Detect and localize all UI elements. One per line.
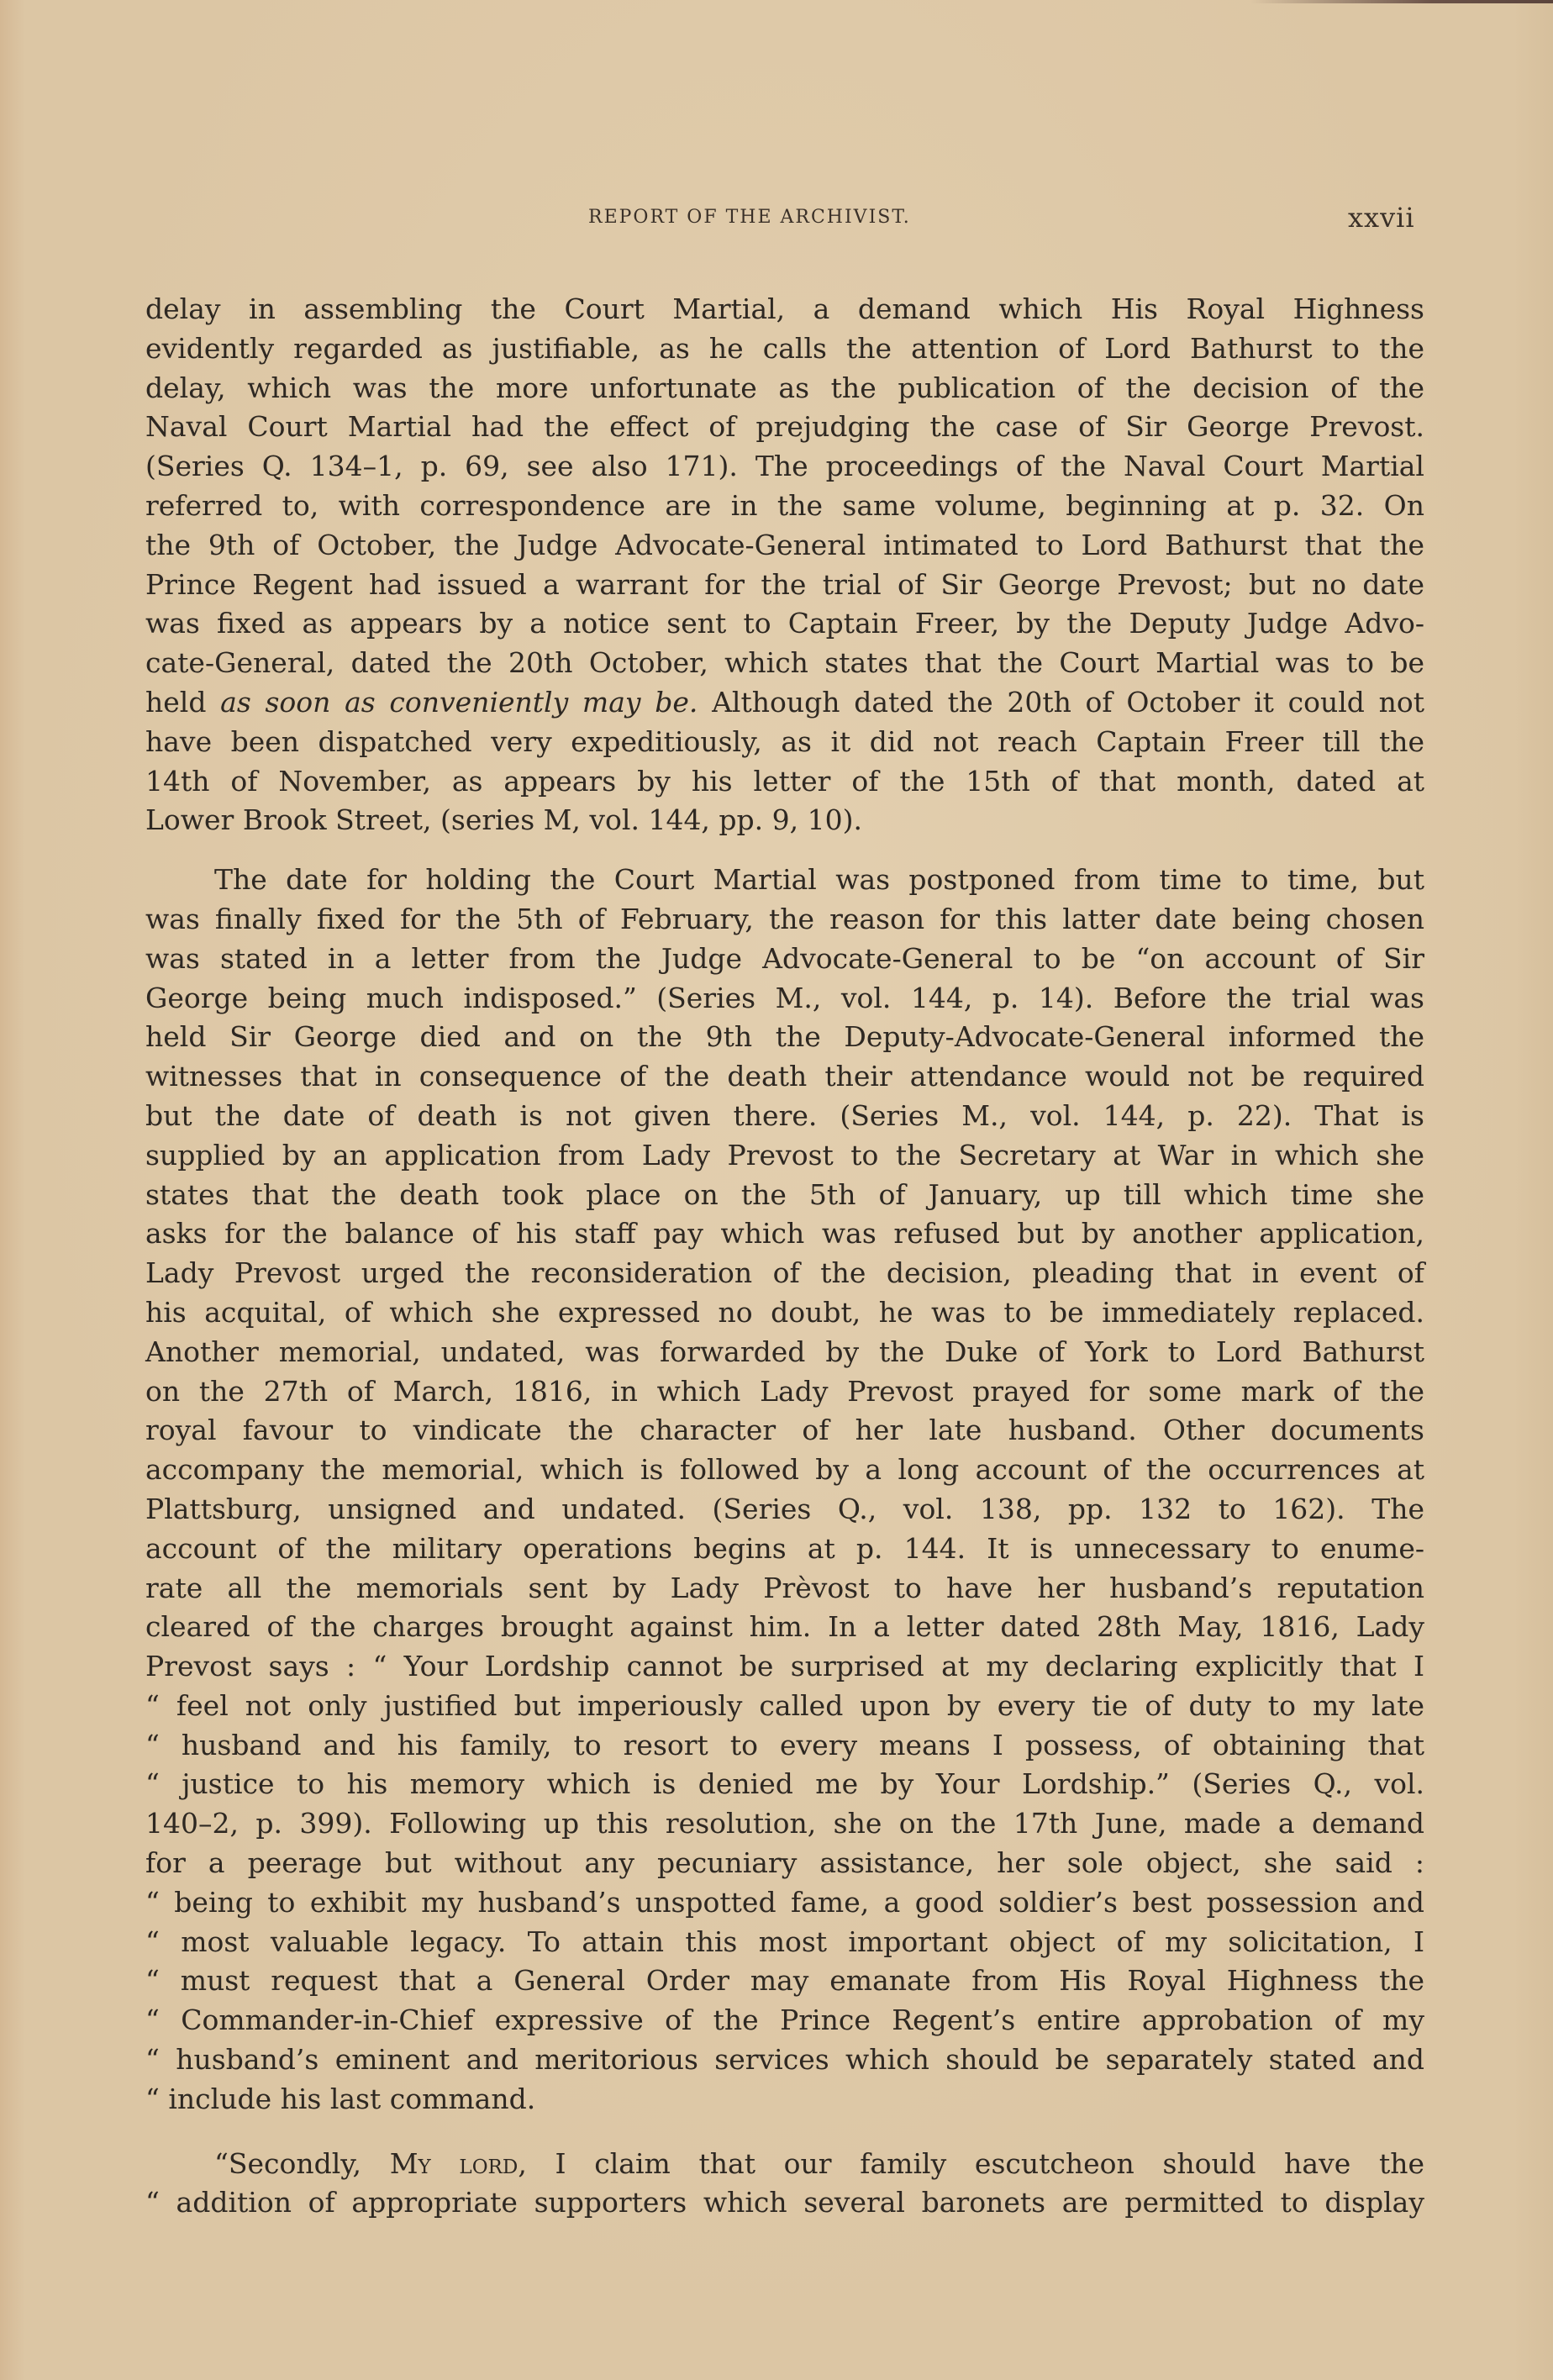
text-line: Lady Prevost urged the reconsideration o…: [145, 1254, 1424, 1293]
quoted-line: “ include his last command.: [145, 2080, 1424, 2119]
paragraph-3: “Secondly, My lord, I claim that our fam…: [145, 2145, 1424, 2224]
text-line: delay in assembling the Court Martial, a…: [145, 290, 1424, 329]
quoted-line: “ being to exhibit my husband’s unspotte…: [145, 1883, 1424, 1923]
text-line: The date for holding the Court Martial w…: [145, 861, 1424, 900]
text-line: referred to, with correspondence are in …: [145, 487, 1424, 526]
quoted-line: “ husband’s eminent and meritorious serv…: [145, 2040, 1424, 2080]
text-span: “Secondly,: [214, 2147, 390, 2180]
text-line: asks for the balance of his staff pay wh…: [145, 1214, 1424, 1254]
text-line: 14th of November, as appears by his lett…: [145, 762, 1424, 802]
text-line: was stated in a letter from the Judge Ad…: [145, 940, 1424, 979]
text-line: cleared of the charges brought against h…: [145, 1608, 1424, 1647]
quoted-line: “ Commander-in-Chief expressive of the P…: [145, 2001, 1424, 2040]
text-line: George being much indisposed.” (Series M…: [145, 979, 1424, 1019]
italic-phrase: as soon as conveniently may be.: [220, 686, 698, 719]
text-line-with-smallcaps: “Secondly, My lord, I claim that our fam…: [145, 2145, 1424, 2184]
text-span: held: [145, 686, 220, 719]
quoted-line: “ most valuable legacy. To attain this m…: [145, 1923, 1424, 1962]
text-line: have been dispatched very expeditiously,…: [145, 723, 1424, 762]
text-line: was finally fixed for the 5th of Februar…: [145, 900, 1424, 940]
quoted-line: “ addition of appropriate supporters whi…: [145, 2183, 1424, 2223]
text-line: on the 27th of March, 1816, in which Lad…: [145, 1372, 1424, 1412]
paragraph-1: delay in assembling the Court Martial, a…: [145, 290, 1424, 840]
text-line: accompany the memorial, which is followe…: [145, 1451, 1424, 1490]
paragraph-gap: [145, 840, 1424, 861]
scanned-page: REPORT OF THE ARCHIVIST. xxvii delay in …: [0, 0, 1553, 2380]
text-line: supplied by an application from Lady Pre…: [145, 1136, 1424, 1176]
text-line-with-italic: held as soon as conveniently may be. Alt…: [145, 683, 1424, 723]
text-line: witnesses that in consequence of the dea…: [145, 1057, 1424, 1097]
text-line: royal favour to vindicate the character …: [145, 1411, 1424, 1451]
smallcaps-phrase: My lord: [390, 2147, 519, 2180]
text-line: held Sir George died and on the 9th the …: [145, 1018, 1424, 1057]
text-line: Lower Brook Street, (series M, vol. 144,…: [145, 801, 1424, 840]
text-line: was fixed as appears by a notice sent to…: [145, 604, 1424, 644]
text-line: the 9th of October, the Judge Advocate-G…: [145, 526, 1424, 566]
text-line: Naval Court Martial had the effect of pr…: [145, 408, 1424, 447]
quoted-line: “ must request that a General Order may …: [145, 1961, 1424, 2001]
text-span: Although dated the 20th of October it co…: [698, 686, 1424, 719]
text-line: his acquital, of which she expressed no …: [145, 1293, 1424, 1333]
text-line: for a peerage but without any pecuniary …: [145, 1844, 1424, 1883]
page-edge-shadow: [1250, 0, 1553, 3]
text-span: , I claim that our family escutcheon sho…: [518, 2147, 1424, 2180]
text-line: states that the death took place on the …: [145, 1176, 1424, 1215]
text-line: Prevost says : “ Your Lordship cannot be…: [145, 1647, 1424, 1687]
text-line: Prince Regent had issued a warrant for t…: [145, 566, 1424, 605]
running-head: REPORT OF THE ARCHIVIST. xxvii: [0, 207, 1553, 240]
text-line: (Series Q. 134–1, p. 69, see also 171). …: [145, 447, 1424, 487]
text-line: delay, which was the more unfortunate as…: [145, 369, 1424, 408]
quoted-line: “ justice to his memory which is denied …: [145, 1765, 1424, 1804]
paragraph-2: The date for holding the Court Martial w…: [145, 861, 1424, 2119]
text-line: but the date of death is not given there…: [145, 1097, 1424, 1136]
text-line: cate-General, dated the 20th October, wh…: [145, 644, 1424, 683]
paragraph-gap: [145, 2119, 1424, 2145]
text-line: rate all the memorials sent by Lady Prèv…: [145, 1569, 1424, 1609]
quoted-line: “ husband and his family, to resort to e…: [145, 1726, 1424, 1766]
page-number: xxvii: [1348, 202, 1415, 234]
body-text: delay in assembling the Court Martial, a…: [145, 290, 1424, 2223]
quoted-line: “ feel not only justified but imperiousl…: [145, 1687, 1424, 1726]
text-line: 140–2, p. 399). Following up this resolu…: [145, 1804, 1424, 1844]
text-line: Plattsburg, unsigned and undated. (Serie…: [145, 1490, 1424, 1530]
text-line: Another memorial, undated, was forwarded…: [145, 1333, 1424, 1372]
text-line: account of the military operations begin…: [145, 1530, 1424, 1569]
running-title: REPORT OF THE ARCHIVIST.: [588, 207, 911, 228]
text-line: evidently regarded as justifiable, as he…: [145, 329, 1424, 369]
